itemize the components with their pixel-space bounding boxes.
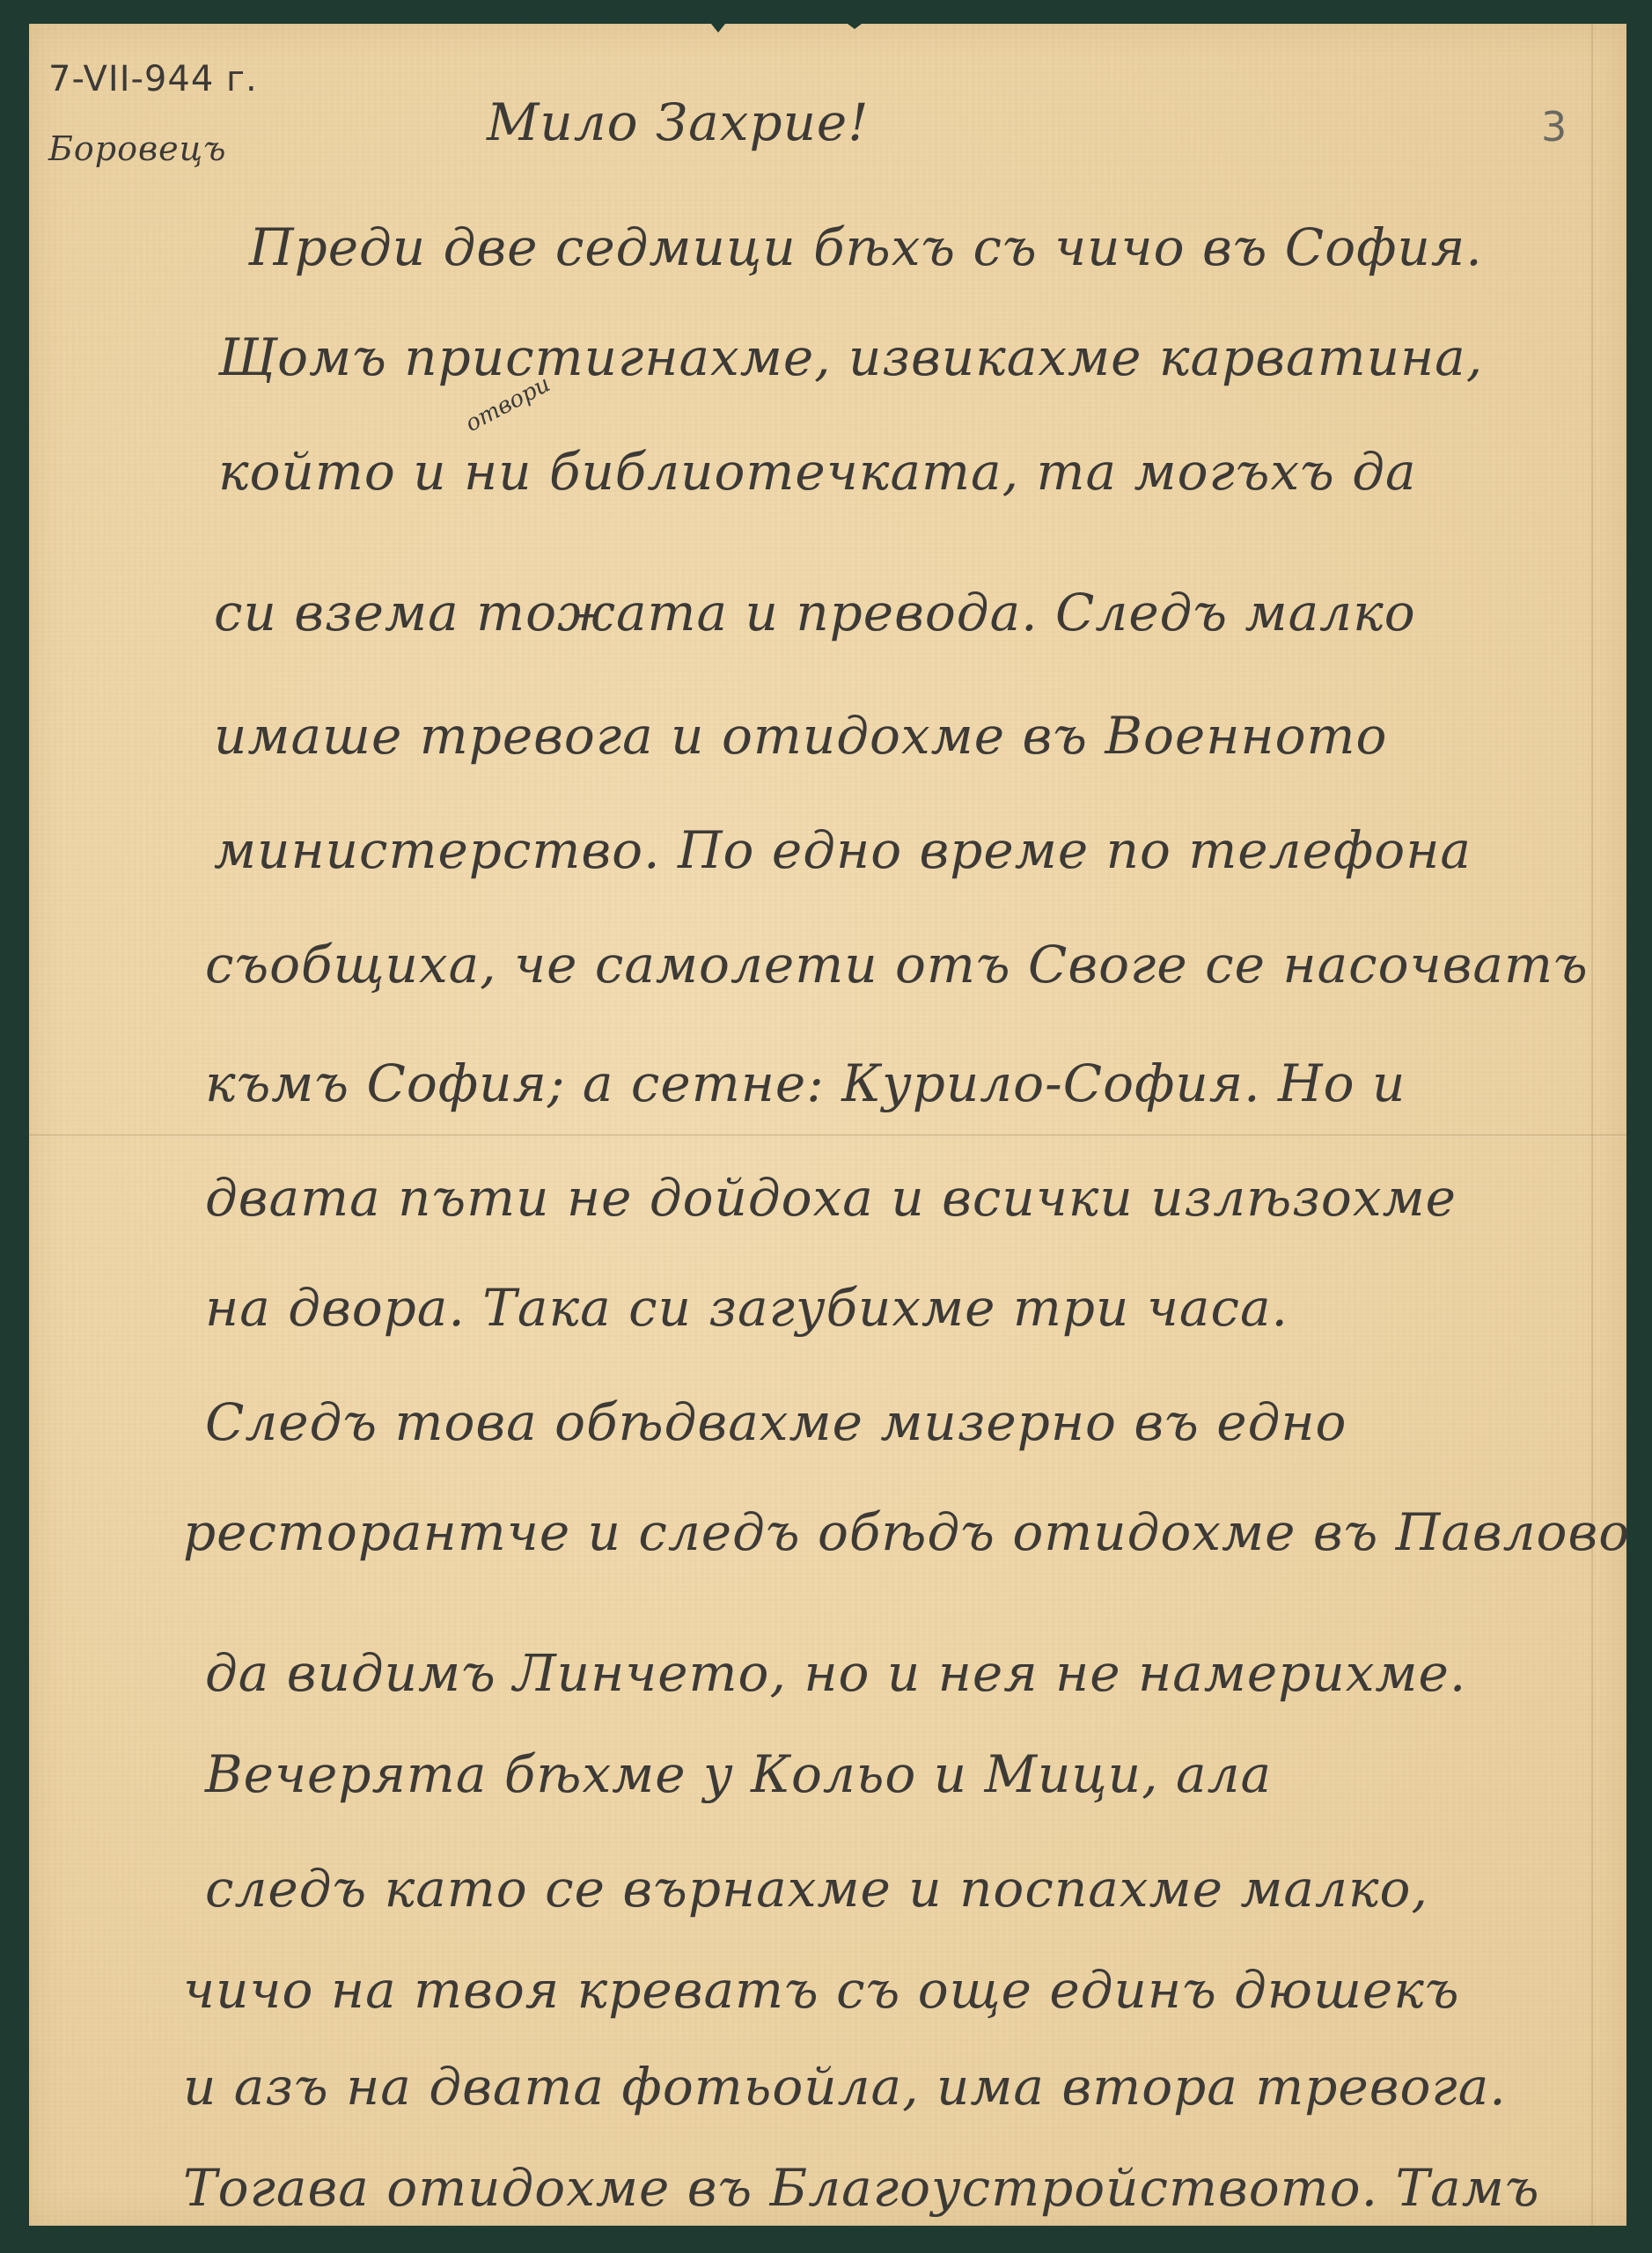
- letter-line: двата пъти не дойдоха и всички излѣзохме: [205, 1168, 1457, 1228]
- letter-line: Преди две седмици бѣхъ съ чичо въ София.: [249, 217, 1483, 277]
- letter-line: и азъ на двата фотьойлa, има втора трево…: [183, 2057, 1507, 2117]
- letter-line: министерство. По едно време по телефона: [214, 820, 1472, 880]
- letter-line: си взема тoжата и превода. Следъ малко: [214, 583, 1416, 642]
- page-number: 3: [1541, 103, 1568, 150]
- paper-notch: [848, 24, 862, 29]
- paper-notch: [711, 24, 725, 33]
- letter-line: на двора. Така си загубихме три часа.: [205, 1278, 1289, 1338]
- letter-line: Следъ това обѣдвахме мизерно въ едно: [205, 1392, 1347, 1452]
- letter-line: следъ като се върнахме и поспахме малко,: [205, 1859, 1428, 1919]
- salutation: Мило Захрие!: [487, 92, 870, 152]
- letter-line: къмъ София; а сетне: Курило-София. Но и: [205, 1053, 1406, 1113]
- letter-line: Щомъ пристигнахме, извикахме карватина,: [218, 327, 1483, 387]
- letter-line: Тогава отидохме въ Благоустройството. Та…: [183, 2158, 1539, 2218]
- letter-line: съобщиха, че самолети отъ Своге се насоч…: [205, 935, 1589, 994]
- letter-line: имаше тревога и отидохме въ Военното: [214, 706, 1387, 766]
- letter-place: Боровецъ: [48, 129, 226, 168]
- letter-line: който и ни библиотечката, та могъхъ да: [218, 442, 1417, 502]
- letter-paper: 7-VII-944 г. Боровецъ 3 Мило Захрие! Пре…: [29, 24, 1626, 2226]
- letter-line: да видимъ Линчето, но и нея не намерихме…: [205, 1643, 1466, 1703]
- letter-line: чичо на твоя креватъ съ още единъ дюшекъ: [183, 1960, 1460, 2020]
- right-edge-crease: [1591, 24, 1593, 2226]
- horizontal-fold-crease: [29, 1134, 1626, 1137]
- letter-line: Вечерята бѣхме у Кольо и Мици, ала: [205, 1744, 1272, 1804]
- letter-line: ресторантче и следъ обѣдъ отидохме въ Па…: [183, 1502, 1630, 1562]
- letter-date: 7-VII-944 г.: [48, 59, 258, 99]
